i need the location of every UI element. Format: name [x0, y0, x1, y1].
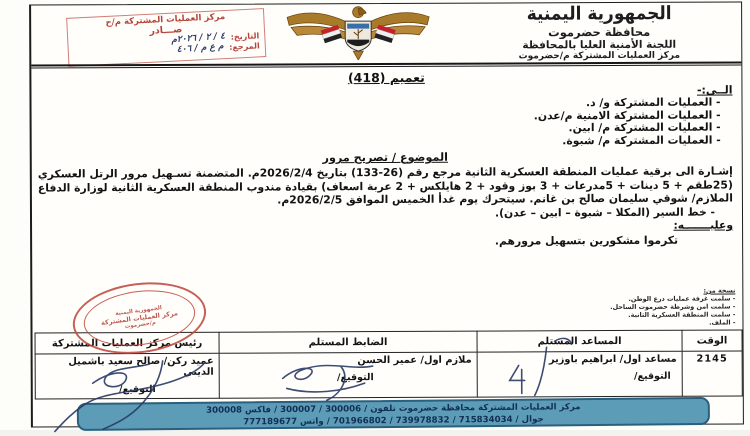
copy-item: - الملف. — [573, 319, 735, 328]
body-paragraph: إشـارة الى برقية عمليات المنطقة العسكرية… — [38, 165, 733, 209]
cell-assistant: مساعد اول/ ابراهيم باوزير التوقيع/ — [477, 351, 682, 397]
therefore-label: وعليـــــــه: — [38, 218, 733, 234]
letterhead-country: الجمهورية اليمنية — [465, 3, 733, 26]
table-header-time: الوقت — [682, 330, 742, 351]
yemen-coat-of-arms-icon — [283, 2, 433, 61]
copies-list: نسخة من: - سلمت غرفة عمليات درع الوطن. -… — [573, 287, 735, 327]
ref-label: المرجع: — [229, 41, 260, 52]
letterhead-center: مركز العمليات المشتركة م/حضرموت — [465, 50, 733, 61]
letterhead: الجمهورية اليمنية محافظة حضرموت اللجنة ا… — [465, 3, 733, 61]
table-header-assistant: المساعد المستلم — [477, 330, 682, 352]
assistant-name: مساعد اول/ ابراهيم باوزير — [549, 354, 677, 366]
ref-value-handwritten: م ع م / ٤٠٦ — [176, 42, 223, 55]
outgoing-stamp: مركز العمليات المشتركة م/ح صـــادر التار… — [66, 8, 266, 67]
table-row: 2145 مساعد اول/ ابراهيم باوزير التوقيع/ … — [35, 351, 742, 399]
officer-name: ملازم اول/ عمير الحسن — [357, 355, 471, 366]
letterhead-governorate: محافظة حضرموت — [465, 24, 733, 39]
subject-line: الموضوع / تصريح مرور — [38, 150, 733, 166]
time-value: 2145 — [682, 351, 742, 396]
document-page: الجمهورية اليمنية محافظة حضرموت اللجنة ا… — [0, 0, 750, 430]
table-header-officer: الضابط المستلم — [219, 331, 477, 353]
document-body: الــى:- - العمليات المشتركة و/ د. - العم… — [37, 83, 733, 249]
footer-contact-bar: مركز العمليات المشتركة محافظة حضرموت تلف… — [77, 397, 710, 430]
instruction-line: تكرموا مشكورين بتسهيل مرورهم. — [38, 233, 733, 249]
recipient-item: - العمليات المشتركة م/ شبوة. — [38, 134, 733, 150]
page-frame: الجمهورية اليمنية محافظة حضرموت اللجنة ا… — [29, 1, 744, 427]
cell-head: عميد ركن/ صالح سعيد باشميل الديني التوقي… — [35, 353, 219, 399]
signature-label: التوقيع/ — [634, 371, 671, 382]
signature-label: التوقيع/ — [119, 384, 156, 395]
cell-officer: ملازم اول/ عمير الحسن التوقيع/ — [219, 352, 477, 398]
signature-label: التوقيع/ — [337, 372, 374, 383]
